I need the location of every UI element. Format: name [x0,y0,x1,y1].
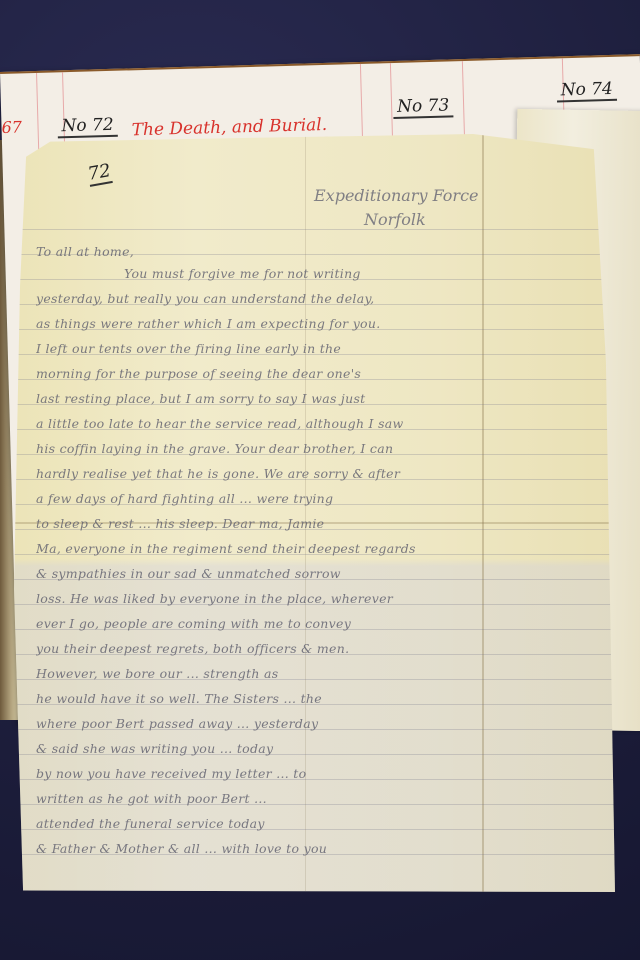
letter-line: & sympathies in our sad & unmatched sorr… [36,566,604,581]
letter-page-number: 72 [86,160,113,187]
letter-line: hardly realise yet that he is gone. We a… [36,466,604,481]
ledger-entry-number: No 72 [57,115,118,139]
letter-address-line: Expeditionary Force [314,186,479,205]
letter-line: he would have it so well. The Sisters ..… [36,691,604,706]
letter-line: & said she was writing you ... today [36,741,604,756]
letter-line: you their deepest regrets, both officers… [36,641,604,656]
letter-line: I left our tents over the firing line ea… [36,341,604,356]
letter-line: morning for the purpose of seeing the de… [36,366,604,381]
letter-line: as things were rather which I am expecti… [36,316,604,331]
letter-line: his coffin laying in the grave. Your dea… [36,441,604,456]
letter-line: where poor Bert passed away ... yesterda… [36,716,604,731]
letter-line: to sleep & rest ... his sleep. Dear ma, … [36,516,604,531]
letter-line: attended the funeral service today [36,816,604,831]
handwritten-letter: 72 Expeditionary Force Norfolk To all at… [14,134,618,892]
letter-line: You must forgive me for not writing [124,266,604,281]
letter-line: written as he got with poor Bert ... [36,791,604,806]
letter-address-line: Norfolk [364,210,426,229]
letter-line: a few days of hard fighting all ... were… [36,491,604,506]
letter-line: a little too late to hear the service re… [36,416,604,431]
ledger-entry-number: No 74 [556,79,617,103]
letter-line: loss. He was liked by everyone in the pl… [36,591,604,606]
letter-line: However, we bore our ... strength as [36,666,604,681]
letter-salutation: To all at home, [36,244,604,259]
letter-line: ever I go, people are coming with me to … [36,616,604,631]
letter-line: Ma, everyone in the regiment send their … [36,541,604,556]
ledger-previous-entry: 67 [1,117,22,137]
letter-line: yesterday, but really you can understand… [36,291,604,306]
ledger-entry-number: No 73 [393,95,454,119]
letter-line: by now you have received my letter ... t… [36,766,604,781]
letter-line: & Father & Mother & all ... with love to… [36,841,604,856]
letter-line: last resting place, but I am sorry to sa… [36,391,604,406]
